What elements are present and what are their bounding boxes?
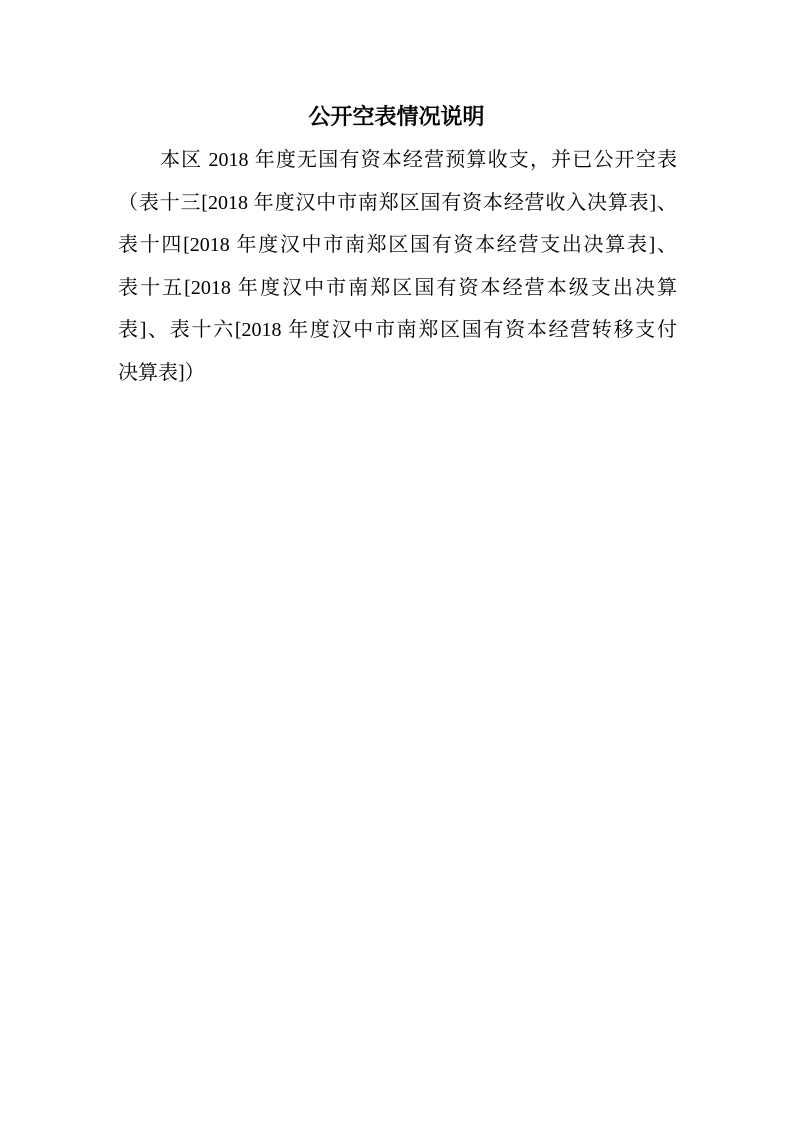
paragraph-line-3: 表十四[2018 年度汉中市南郑区国有资本经营支出决算表]、: [118, 224, 677, 267]
paragraph-line-4: 表十五[2018 年度汉中市南郑区国有资本经营本级支出决算: [118, 267, 677, 310]
paragraph-line-5: 表]、表十六[2018 年度汉中市南郑区国有资本经营转移支付: [118, 309, 677, 352]
paragraph-line-2: （表十三[2018 年度汉中市南郑区国有资本经营收入决算表]、: [118, 182, 677, 225]
document-paragraph: 本区 2018 年度无国有资本经营预算收支，并已公开空表 （表十三[2018 年…: [118, 139, 677, 394]
document-page: 公开空表情况说明 本区 2018 年度无国有资本经营预算收支，并已公开空表 （表…: [0, 0, 793, 1122]
paragraph-line-6: 决算表]）: [118, 352, 677, 395]
paragraph-line-1: 本区 2018 年度无国有资本经营预算收支，并已公开空表: [118, 139, 677, 182]
document-title: 公开空表情况说明: [0, 100, 793, 134]
